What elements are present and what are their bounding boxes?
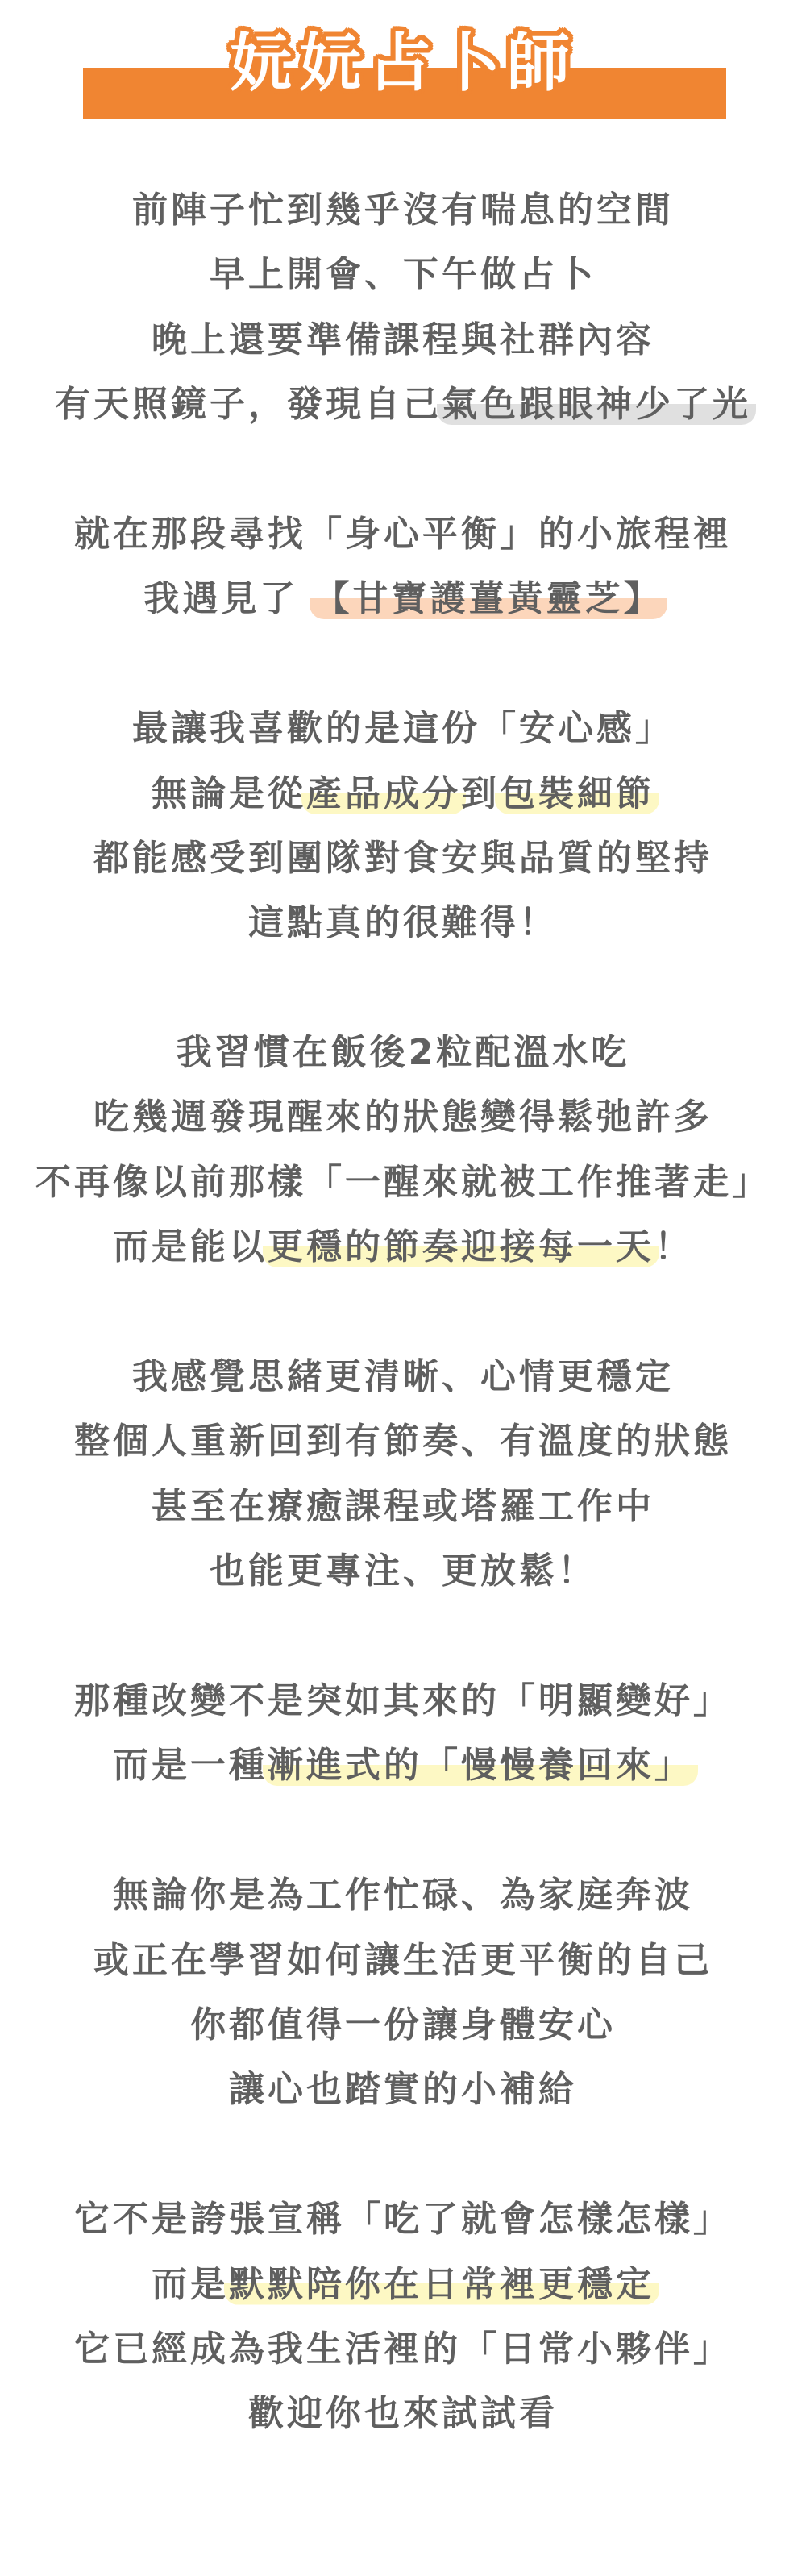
text-segment: 我遇見了 [143, 578, 314, 619]
text-segment: 這點真的很難得！ [248, 902, 558, 943]
text-line: 我感覺思緒更清晰、心情更穩定 [0, 1345, 806, 1409]
highlighted-phrase: 氣色跟眼神少了光 [437, 384, 756, 425]
article-body: 前陣子忙到幾乎沒有喘息的空間早上開會、下午做占卜晚上還要準備課程與社群內容有天照… [0, 178, 806, 2447]
text-segment: 到 [461, 773, 500, 814]
text-line: 你都值得一份讓身體安心 [0, 1993, 806, 2058]
text-segment: 前陣子忙到幾乎沒有喘息的空間 [132, 189, 674, 231]
paragraph-spacer [0, 632, 806, 697]
text-segment: 我感覺思緒更清晰、心情更穩定 [132, 1356, 674, 1397]
text-segment: 無論你是為工作忙碌、為家庭奔波 [113, 1875, 693, 1916]
text-segment: 都能感受到團隊對食安與品質的堅持 [93, 838, 713, 879]
text-line: 讓心也踏實的小補給 [0, 2058, 806, 2122]
text-segment: 它已經成為我生活裡的「日常小夥伴」 [74, 2328, 732, 2370]
paragraph-spacer [0, 956, 806, 1021]
text-segment: 而是能以 [113, 1226, 268, 1267]
text-line: 最讓我喜歡的是這份「安心感」 [0, 697, 806, 761]
text-line: 而是一種漸進式的「慢慢養回來」 [0, 1733, 806, 1798]
text-segment: 吃幾週發現醒來的狀態變得鬆弛許多 [93, 1097, 713, 1138]
highlighted-phrase: 產品成分 [301, 773, 466, 814]
paragraph-spacer [0, 438, 806, 502]
text-segment: 它不是誇張宣稱「吃了就會怎樣怎樣」 [74, 2199, 732, 2240]
highlighted-phrase: 包裝細節 [495, 773, 659, 814]
text-segment: 無論是從 [152, 773, 306, 814]
text-line: 或正在學習如何讓生活更平衡的自己 [0, 1929, 806, 1993]
text-segment: 讓心也踏實的小補給 [229, 2069, 577, 2110]
paragraph-spacer [0, 1799, 806, 1863]
text-segment: 早上開會、下午做占卜 [210, 254, 596, 295]
text-segment: 歡迎你也來試試看 [248, 2393, 558, 2434]
text-line: 不再像以前那樣「一醒來就被工作推著走」 [0, 1151, 806, 1215]
text-line: 也能更專注、更放鬆！ [0, 1539, 806, 1604]
text-segment: 不再像以前那樣「一醒來就被工作推著走」 [35, 1162, 771, 1203]
page-title: 妧妧占卜師 [0, 27, 806, 100]
text-line: 都能感受到團隊對食安與品質的堅持 [0, 826, 806, 891]
text-segment: 而是一種 [113, 1745, 268, 1786]
text-line: 歡迎你也來試試看 [0, 2382, 806, 2446]
text-line: 有天照鏡子，發現自己氣色跟眼神少了光 [0, 372, 806, 437]
text-line: 早上開會、下午做占卜 [0, 243, 806, 307]
text-line: 整個人重新回到有節奏、有溫度的狀態 [0, 1409, 806, 1474]
text-segment: 甚至在療癒課程或塔羅工作中 [152, 1486, 654, 1527]
paragraph-spacer [0, 2123, 806, 2187]
text-segment: 我習慣在飯後2粒配溫水吃 [177, 1032, 630, 1073]
text-line: 這點真的很難得！ [0, 891, 806, 955]
highlighted-phrase: 更穩的節奏迎接每一天 [263, 1226, 659, 1267]
text-segment: 就在那段尋找「身心平衡」的小旅程裡 [74, 514, 732, 555]
text-line: 無論是從產品成分到包裝細節 [0, 762, 806, 826]
text-line: 那種改變不是突如其來的「明顯變好」 [0, 1669, 806, 1733]
text-segment: 或正在學習如何讓生活更平衡的自己 [93, 1940, 713, 1981]
text-segment: 也能更專注、更放鬆！ [210, 1550, 596, 1592]
title-banner: 妧妧占卜師 [0, 0, 806, 137]
text-line: 我遇見了 【甘寶護薑黃靈芝】 [0, 567, 806, 631]
text-line: 而是默默陪你在日常裡更穩定 [0, 2253, 806, 2317]
text-segment: ！ [654, 1226, 693, 1267]
highlighted-phrase: 默默陪你在日常裡更穩定 [224, 2264, 659, 2305]
text-segment: 你都值得一份讓身體安心 [190, 2004, 616, 2045]
highlighted-phrase: 漸進式的「慢慢養回來」 [263, 1745, 698, 1786]
text-segment: 晚上還要準備課程與社群內容 [152, 319, 654, 360]
highlighted-phrase: 【甘寶護薑黃靈芝】 [310, 578, 667, 619]
text-line: 而是能以更穩的節奏迎接每一天！ [0, 1215, 806, 1280]
text-line: 我習慣在飯後2粒配溫水吃 [0, 1021, 806, 1085]
text-segment: 而是 [152, 2264, 229, 2305]
text-line: 無論你是為工作忙碌、為家庭奔波 [0, 1863, 806, 1928]
text-segment: 最讓我喜歡的是這份「安心感」 [132, 708, 674, 749]
text-line: 就在那段尋找「身心平衡」的小旅程裡 [0, 502, 806, 567]
paragraph-spacer [0, 1280, 806, 1345]
paragraph-spacer [0, 1604, 806, 1669]
text-segment: 有天照鏡子，發現自己 [55, 384, 442, 425]
text-line: 它不是誇張宣稱「吃了就會怎樣怎樣」 [0, 2187, 806, 2252]
text-line: 吃幾週發現醒來的狀態變得鬆弛許多 [0, 1085, 806, 1150]
text-line: 甚至在療癒課程或塔羅工作中 [0, 1475, 806, 1539]
text-segment: 那種改變不是突如其來的「明顯變好」 [74, 1680, 732, 1721]
text-line: 晚上還要準備課程與社群內容 [0, 308, 806, 372]
text-segment: 整個人重新回到有節奏、有溫度的狀態 [74, 1421, 732, 1462]
text-line: 它已經成為我生活裡的「日常小夥伴」 [0, 2317, 806, 2382]
text-line: 前陣子忙到幾乎沒有喘息的空間 [0, 178, 806, 243]
